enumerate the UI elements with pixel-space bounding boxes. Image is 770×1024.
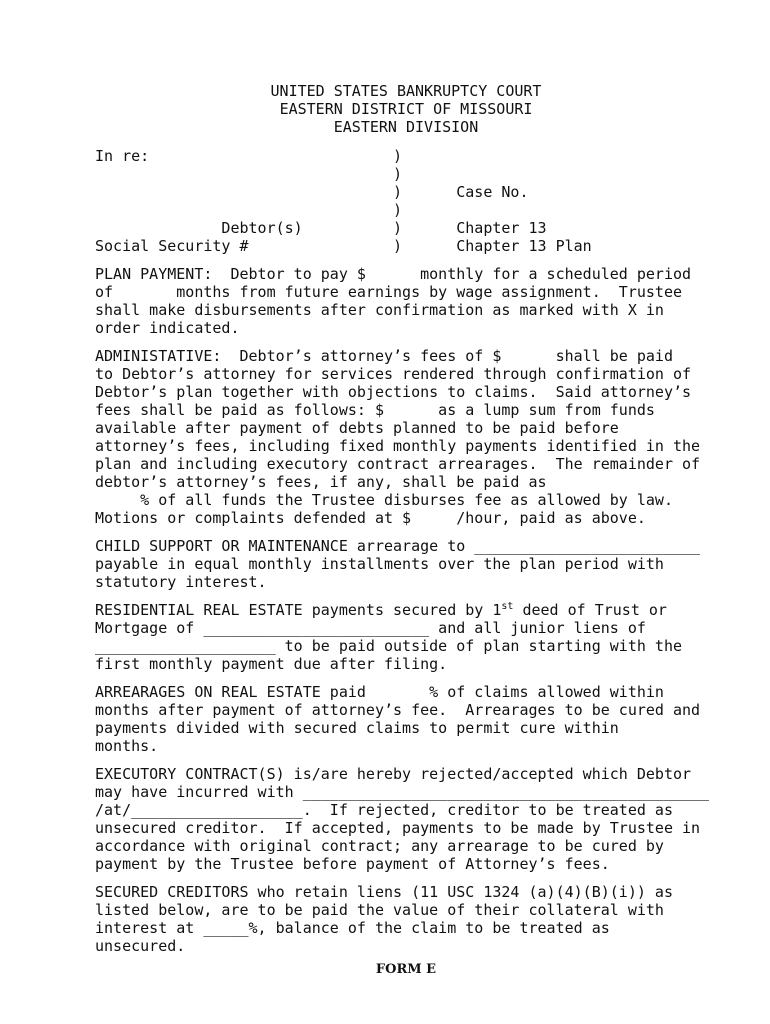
court-district: EASTERN DISTRICT OF MISSOURI (95, 100, 717, 118)
paragraph-child-support: CHILD SUPPORT OR MAINTENANCE arrearage t… (95, 537, 717, 591)
case-caption: In re: ) ) ) Case No. ) Debtor(s) ) Chap… (95, 147, 717, 255)
paragraph-executory-contracts: EXECUTORY CONTRACT(S) is/are hereby reje… (95, 765, 717, 873)
paragraph-administrative: ADMINISTATIVE: Debtor’s attorney’s fees … (95, 347, 717, 527)
paragraph-residential-real-estate: RESIDENTIAL REAL ESTATE payments secured… (95, 601, 717, 673)
paragraph-arrearages: ARREARAGES ON REAL ESTATE paid % of clai… (95, 683, 717, 755)
residential-text-before-superscript: RESIDENTIAL REAL ESTATE payments secured… (95, 601, 501, 619)
court-division: EASTERN DIVISION (95, 118, 717, 136)
paragraph-plan-payment: PLAN PAYMENT: Debtor to pay $ monthly fo… (95, 265, 717, 337)
paragraph-secured-creditors: SECURED CREDITORS who retain liens (11 U… (95, 883, 717, 955)
document-page: UNITED STATES BANKRUPTCY COURT EASTERN D… (0, 0, 770, 1024)
form-e-label: FORM E (95, 961, 717, 979)
bankruptcy-form-document: UNITED STATES BANKRUPTCY COURT EASTERN D… (95, 82, 717, 979)
ordinal-superscript: st (501, 601, 513, 612)
court-name: UNITED STATES BANKRUPTCY COURT (95, 82, 717, 100)
